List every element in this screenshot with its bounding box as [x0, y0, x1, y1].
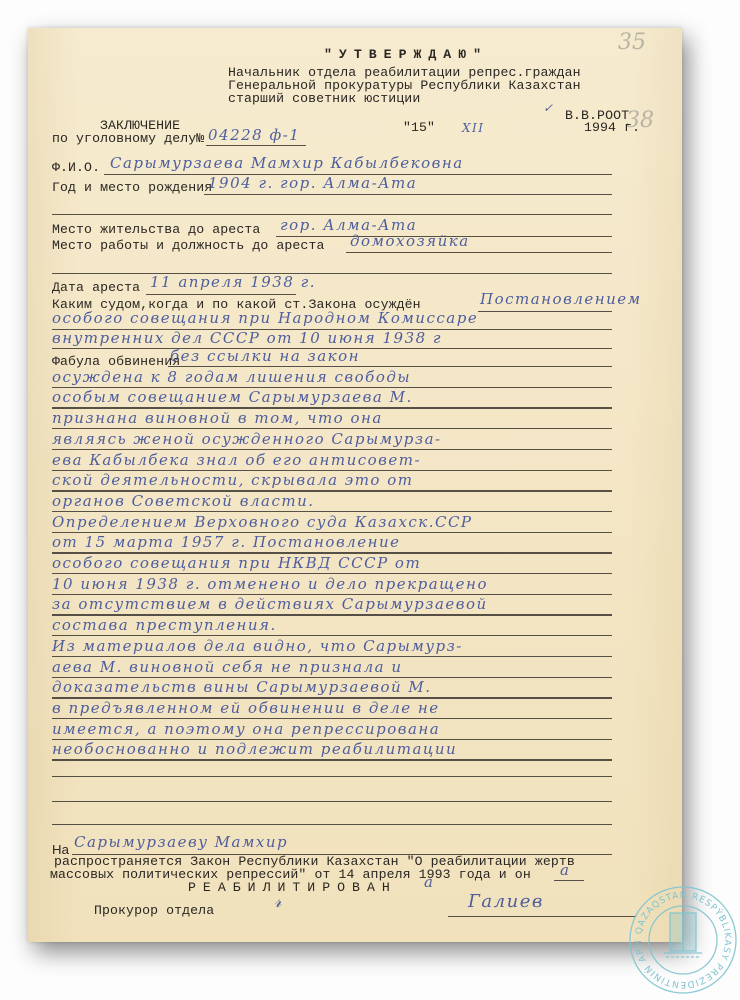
rehabilitated-word: РЕАБИЛИТИРОВАН [188, 881, 397, 895]
charge-text-line: необоснованно и подлежит реабилитации [52, 741, 457, 757]
charge-text-line: особым совещанием Сарымурзаева М. [52, 389, 413, 405]
charge-text-line: имеется, а поэтому она репрессирована [52, 721, 440, 737]
court-underline [478, 311, 612, 312]
case-label: по уголовному делу№ [52, 132, 204, 146]
charge-text-line: состава преступления. [52, 617, 277, 633]
na-value: Сарымурзаеву Мамхир [74, 834, 288, 850]
charge-text-line: доказательств вины Сарымурзаевой М. [52, 679, 432, 695]
approver-line-3: старший советник юстиции [228, 92, 420, 106]
court-value-line: внутренних дел СССР от 10 июня 1938 г [52, 330, 442, 346]
work-label: Место работы и должность до ареста [52, 239, 324, 253]
charge-text-line: признана виновной в том, что она [52, 410, 383, 426]
prosecutor-initials: 𝓇 [274, 894, 283, 910]
charge-text-line: осуждена к 8 годам лишения свободы [52, 369, 411, 385]
work-value: домохозяйка [350, 233, 470, 249]
residence-label: Место жительства до ареста [52, 223, 260, 237]
birth-value: 1904 г. гор. Алма-Ата [208, 175, 417, 191]
approver-signature: ✓ [543, 100, 555, 116]
charge-text-line: за отсутствием в действиях Сарымурзаевой [52, 596, 488, 612]
signature-underline [448, 916, 636, 917]
approve-title: "УТВЕРЖДАЮ" [324, 48, 488, 62]
law-suffix: а [560, 862, 570, 878]
pencil-page-number: 35 [618, 30, 646, 55]
charge-underline [52, 759, 612, 760]
charge-label: Фабула обвинения [52, 355, 180, 369]
charge-text-line: от 15 марта 1957 г. Постановление [52, 534, 401, 550]
charge-text-line: являясь женой осужденного Сарымурза- [52, 431, 442, 447]
charge-text-line: ева Кабылбека знал об его антисовет- [52, 452, 421, 468]
archive-document-page: 35 38 "УТВЕРЖДАЮ" Начальник отдела реаби… [28, 28, 682, 942]
court-value-line: особого совещания при Народном Комиссаре [52, 310, 478, 326]
prosecutor-label: Прокурор отдела [94, 904, 214, 918]
archive-stamp-icon: QAZAQSTAN RESPÝBLIKASY PREZIDENTINIŃ ARH… [628, 885, 738, 995]
court-value-line: Постановлением [480, 291, 642, 307]
blank-line-3 [52, 776, 612, 777]
blank-line-5 [52, 824, 612, 825]
prosecutor-signature: Галиев [468, 894, 544, 910]
date-day: "15" [403, 121, 435, 135]
charge-text-line: Определением Верховного суда Казахск.ССР [52, 514, 473, 530]
work-underline [346, 252, 612, 253]
residence-value: гор. Алма-Ата [280, 217, 417, 233]
charge-text-line: особого совещания при НКВД СССР от [52, 555, 421, 571]
charge-text-line: без ссылки на закон [170, 348, 360, 364]
rehab-suffix: а [424, 874, 434, 890]
date-year: 1994 г. [584, 121, 640, 135]
charge-text-line: Из материалов дела видно, что Сарымурз- [52, 638, 463, 654]
charge-text-line: 10 июня 1938 г. отменено и дело прекраще… [52, 576, 488, 592]
arrest-label: Дата ареста [52, 281, 140, 295]
birth-underline [204, 194, 612, 195]
birth-label: Год и место рождения [52, 181, 212, 195]
charge-underline [52, 449, 612, 450]
charge-text-line: в предъявленном ей обвинении в деле не [52, 700, 440, 716]
arrest-underline [146, 294, 296, 295]
charge-text-line: ской деятельности, скрывала это от [52, 472, 413, 488]
case-number: 04228 ф-1 [208, 127, 300, 143]
fio-label: Ф.И.О. [52, 161, 100, 175]
law-suffix-underline [554, 880, 584, 881]
charge-text-line: аева М. виновной себя не признала и [52, 659, 403, 675]
charge-underline [52, 656, 612, 657]
date-month: XII [462, 120, 485, 136]
blank-line-4 [52, 801, 612, 802]
fio-value: Сарымурзаева Мамхир Кабылбековна [110, 155, 464, 171]
arrest-value: 11 апреля 1938 г. [150, 274, 316, 290]
case-number-underline [206, 145, 306, 146]
charge-text-line: органов Советской власти. [52, 493, 315, 509]
blank-line-2 [52, 273, 612, 274]
